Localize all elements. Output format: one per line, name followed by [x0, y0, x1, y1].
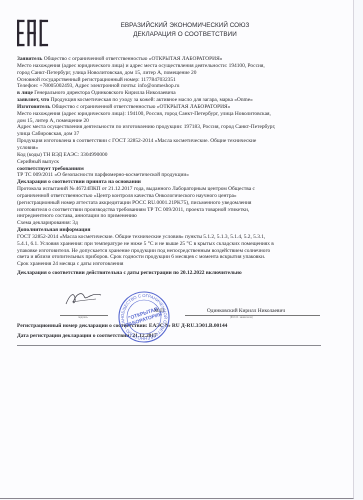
declaration-page: ЕВРАЗИЙСКИЙ ЭКОНОМИЧЕСКИЙ СОЮЗ ДЕКЛАРАЦИ… — [0, 0, 354, 499]
applicant-label: Заявитель — [17, 56, 42, 62]
additional-line-1: ГОСТ 32852-2014 «Масла косметические. Об… — [17, 234, 322, 241]
represented-label: в лице — [17, 90, 33, 96]
additional-line-4: света и вблизи отопительных приборов. Ср… — [17, 254, 322, 261]
declares-label: заявляет, что — [17, 97, 49, 103]
additional-label: Дополнительная информация — [17, 227, 322, 234]
gost-line-1: Продукция изготовлена в соответствии с Г… — [17, 138, 322, 145]
declaration-body: Заявитель Общество с ограниченной ответс… — [17, 56, 322, 277]
eac-mark-icon — [17, 19, 49, 47]
signatory-caption: (Ф.И.О. заявителя) — [230, 316, 253, 319]
requirements-text: ТР ТС 009/2011 «О безопасности парфюмерн… — [17, 172, 322, 179]
manufacturer-line: Изготовитель Общество с ограниченной отв… — [17, 104, 322, 111]
document-title: ДЕКЛАРАЦИЯ О СООТВЕТСТВИИ — [100, 30, 270, 39]
applicant-address-2: город Санкт-Петербург, улица Новолитовск… — [17, 70, 322, 77]
basis-line-4: изготовителя о соответствии производства… — [17, 207, 322, 214]
manufacturer-name: Общество с ограниченной ответственностью… — [50, 104, 230, 110]
additional-line-5: Срок хранения 24 месяца с даты изготовле… — [17, 261, 322, 268]
applicant-contacts: Телефон: +78005002493, Адрес электронной… — [17, 83, 322, 90]
signatory-name: Одинковский Кирилл Николаевич — [196, 308, 296, 314]
eac-logo — [17, 19, 49, 46]
applicant-address-1: Место нахождения (адрес юридического лиц… — [17, 63, 322, 70]
manufacturer-label: Изготовитель — [17, 104, 50, 110]
basis-line-2: ограниченной ответственностью «Центр кон… — [17, 193, 322, 200]
validity-line: Декларация о соответствии действительна … — [17, 270, 322, 277]
tn-ved-code: Код (коды) ТН ВЭД ЕАЭС: 3304990000 — [17, 152, 322, 159]
declares-line: заявляет, что Продукция косметическая по… — [17, 97, 322, 104]
additional-line-2: 5.4.1, 6.1. Условия хранения: при темпер… — [17, 241, 322, 248]
product-description: Продукция косметическая по уходу за коже… — [49, 97, 253, 103]
basis-line-1: Протокола испытаний № 46724ПКП от 21.12.… — [17, 186, 322, 193]
basis-label: Декларация о соответствии принята на осн… — [17, 179, 322, 186]
batch-type: Серийный выпуск — [17, 159, 322, 166]
applicant-name: Общество с ограниченной ответственностью… — [42, 56, 222, 62]
represented-by: Генерального директора Одинковского Кири… — [33, 90, 176, 96]
basis-line-5: ингредиентного состава, аннотации по при… — [17, 213, 322, 220]
gost-line-2: условия» — [17, 145, 322, 152]
company-stamp: ОБЩЕСТВО С ОГРАНИЧЕННОЙ ОТВЕТСТВЕННОСТЬЮ… — [118, 291, 170, 343]
signature-mark — [62, 290, 102, 308]
bottom-divider — [17, 345, 321, 346]
manufacturer-address-1: Место нахождения (адрес юридического лиц… — [17, 111, 322, 118]
signature-caption: подпись — [78, 316, 88, 319]
registration-date-label: Дата регистрации декларации о соответств… — [17, 333, 131, 339]
union-title: ЕВРАЗИЙСКИЙ ЭКОНОМИЧЕСКИЙ СОЮЗ — [100, 21, 270, 30]
applicant-line: Заявитель Общество с ограниченной ответс… — [17, 56, 322, 63]
document-header: ЕВРАЗИЙСКИЙ ЭКОНОМИЧЕСКИЙ СОЮЗ ДЕКЛАРАЦИ… — [100, 21, 270, 39]
basis-line-3: (регистрационный номер аттестата аккреди… — [17, 200, 322, 207]
